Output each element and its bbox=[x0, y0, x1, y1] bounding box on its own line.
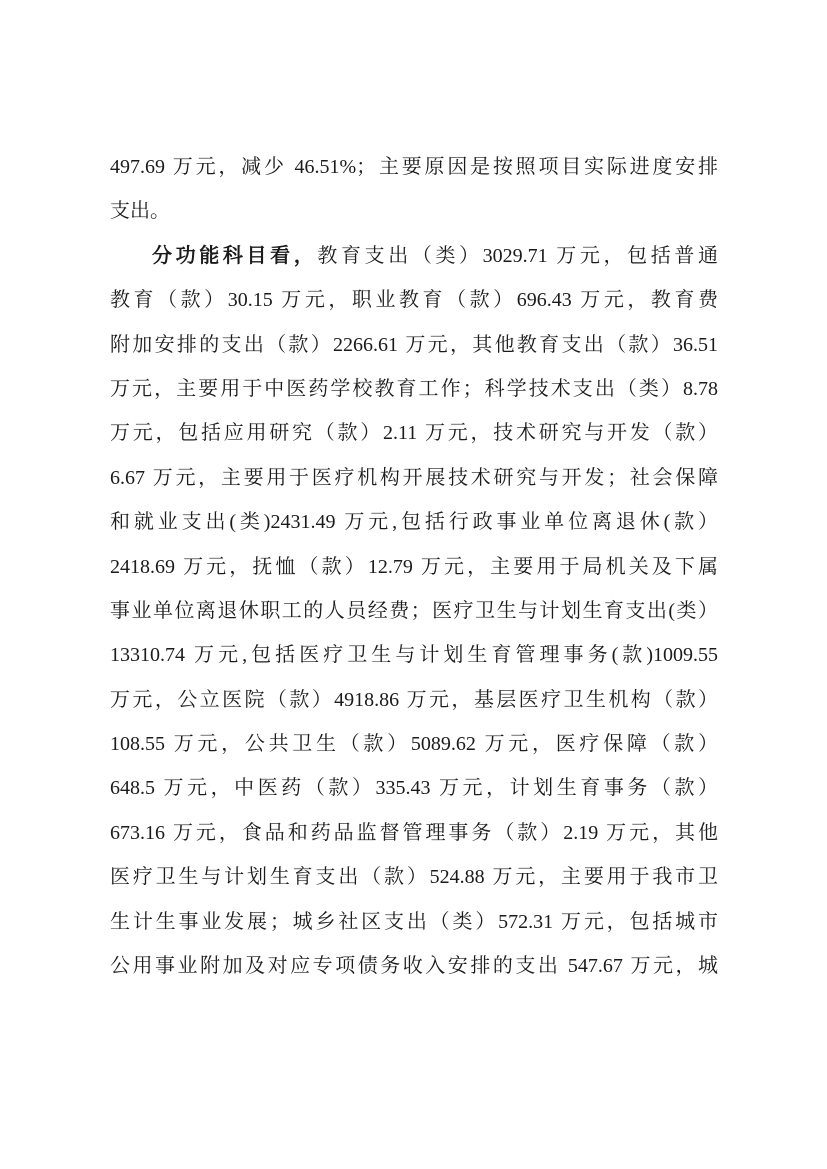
text-line: 支出。 bbox=[110, 189, 718, 233]
text-block: 497.69 万元，减少 46.51%；主要原因是按照项目实际进度安排 支出。 … bbox=[110, 145, 718, 988]
text-line: 附加安排的支出（款）2266.61 万元，其他教育支出（款）36.51 bbox=[110, 323, 718, 367]
text-line: 108.55 万元，公共卫生（款）5089.62 万元，医疗保障（款） bbox=[110, 722, 718, 766]
text-line: 和就业支出(类)2431.49 万元,包括行政事业单位离退休(款） bbox=[110, 500, 718, 544]
document-page: 497.69 万元，减少 46.51%；主要原因是按照项目实际进度安排 支出。 … bbox=[0, 0, 827, 1169]
text-line: 497.69 万元，减少 46.51%；主要原因是按照项目实际进度安排 bbox=[110, 145, 718, 189]
text-line: 公用事业附加及对应专项债务收入安排的支出 547.67 万元，城 bbox=[110, 944, 718, 988]
text-line: 2418.69 万元，抚恤（款）12.79 万元，主要用于局机关及下属 bbox=[110, 545, 718, 589]
text-line: 6.67 万元，主要用于医疗机构开展技术研究与开发；社会保障 bbox=[110, 456, 718, 500]
paragraph-lead: 分功能科目看， bbox=[152, 245, 317, 267]
text-line: 事业单位离退休职工的人员经费；医疗卫生与计划生育支出(类） bbox=[110, 589, 718, 633]
text-line: 648.5 万元，中医药（款）335.43 万元，计划生育事务（款） bbox=[110, 766, 718, 810]
text-line: 13310.74 万元,包括医疗卫生与计划生育管理事务(款)1009.55 bbox=[110, 633, 718, 677]
text-line: 医疗卫生与计划生育支出（款）524.88 万元，主要用于我市卫 bbox=[110, 855, 718, 899]
text-line: 教育（款）30.15 万元，职业教育（款）696.43 万元，教育费 bbox=[110, 278, 718, 322]
text-line: 万元，主要用于中医药学校教育工作；科学技术支出（类）8.78 bbox=[110, 367, 718, 411]
text-line: 生计生事业发展；城乡社区支出（类）572.31 万元，包括城市 bbox=[110, 900, 718, 944]
text-line: 673.16 万元，食品和药品监督管理事务（款）2.19 万元，其他 bbox=[110, 811, 718, 855]
text-line: 万元，公立医院（款）4918.86 万元，基层医疗卫生机构（款） bbox=[110, 678, 718, 722]
text-line: 万元，包括应用研究（款）2.11 万元，技术研究与开发（款） bbox=[110, 411, 718, 455]
text-line: 分功能科目看，教育支出（类）3029.71 万元，包括普通 bbox=[110, 234, 718, 278]
text-line-rest: 教育支出（类）3029.71 万元，包括普通 bbox=[317, 245, 718, 267]
